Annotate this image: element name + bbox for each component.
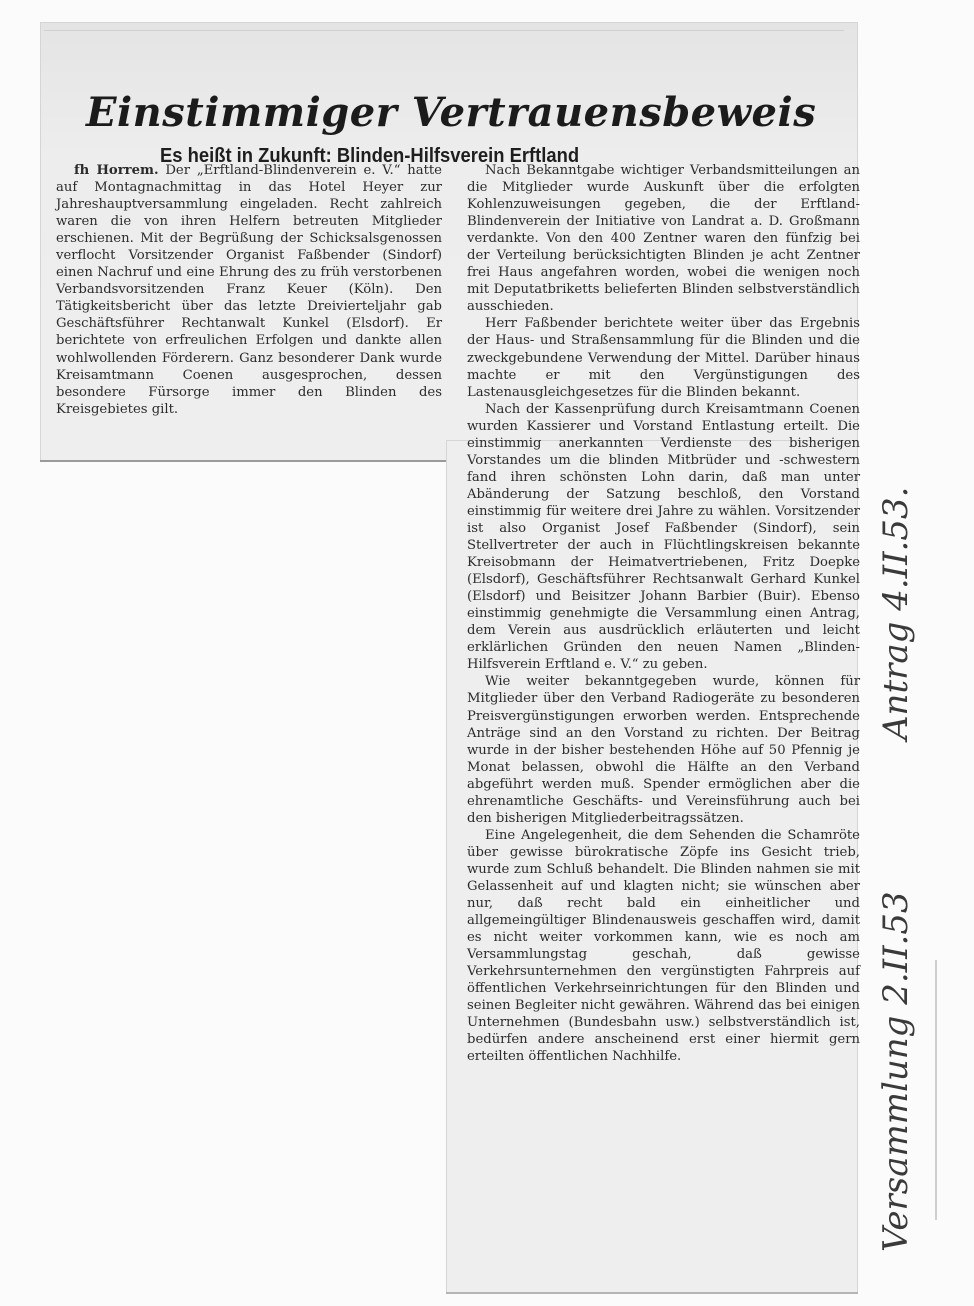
paragraph-text: Der „Erftland-Blindenverein e. V.“ hatte… — [56, 163, 442, 417]
dateline: fh Horrem. — [74, 163, 159, 178]
handwritten-note-versammlung: Versammlung 2.II.53 — [876, 891, 916, 1252]
article-left-column: fh Horrem. Der „Erftland-Blindenverein e… — [56, 162, 442, 418]
article-right-column: Nach Bekanntgabe wichtiger Verbandsmitte… — [467, 162, 860, 1065]
paragraph: Wie weiter bekanntgegeben wurde, können … — [467, 673, 860, 826]
paragraph: Herr Faßbender berichtete weiter über da… — [467, 315, 860, 400]
paragraph: Nach der Kassenprüfung durch Kreisamtman… — [467, 401, 860, 674]
paragraph: Eine Angelegenheit, die dem Sehenden die… — [467, 827, 860, 1066]
headline: Einstimmiger Vertrauensbeweis — [86, 89, 846, 136]
paragraph: fh Horrem. Der „Erftland-Blindenverein e… — [56, 162, 442, 418]
faded-previous-headline-residue — [44, 30, 844, 31]
paragraph: Nach Bekanntgabe wichtiger Verbandsmitte… — [467, 162, 860, 315]
blank-paper-area — [40, 462, 446, 1306]
handwritten-note-antrag: Antrag 4.II.53. — [876, 487, 916, 740]
clipping-bottom-edge — [446, 1292, 858, 1294]
clipping-cut-edge — [40, 460, 446, 462]
pencil-mark — [935, 960, 937, 1220]
